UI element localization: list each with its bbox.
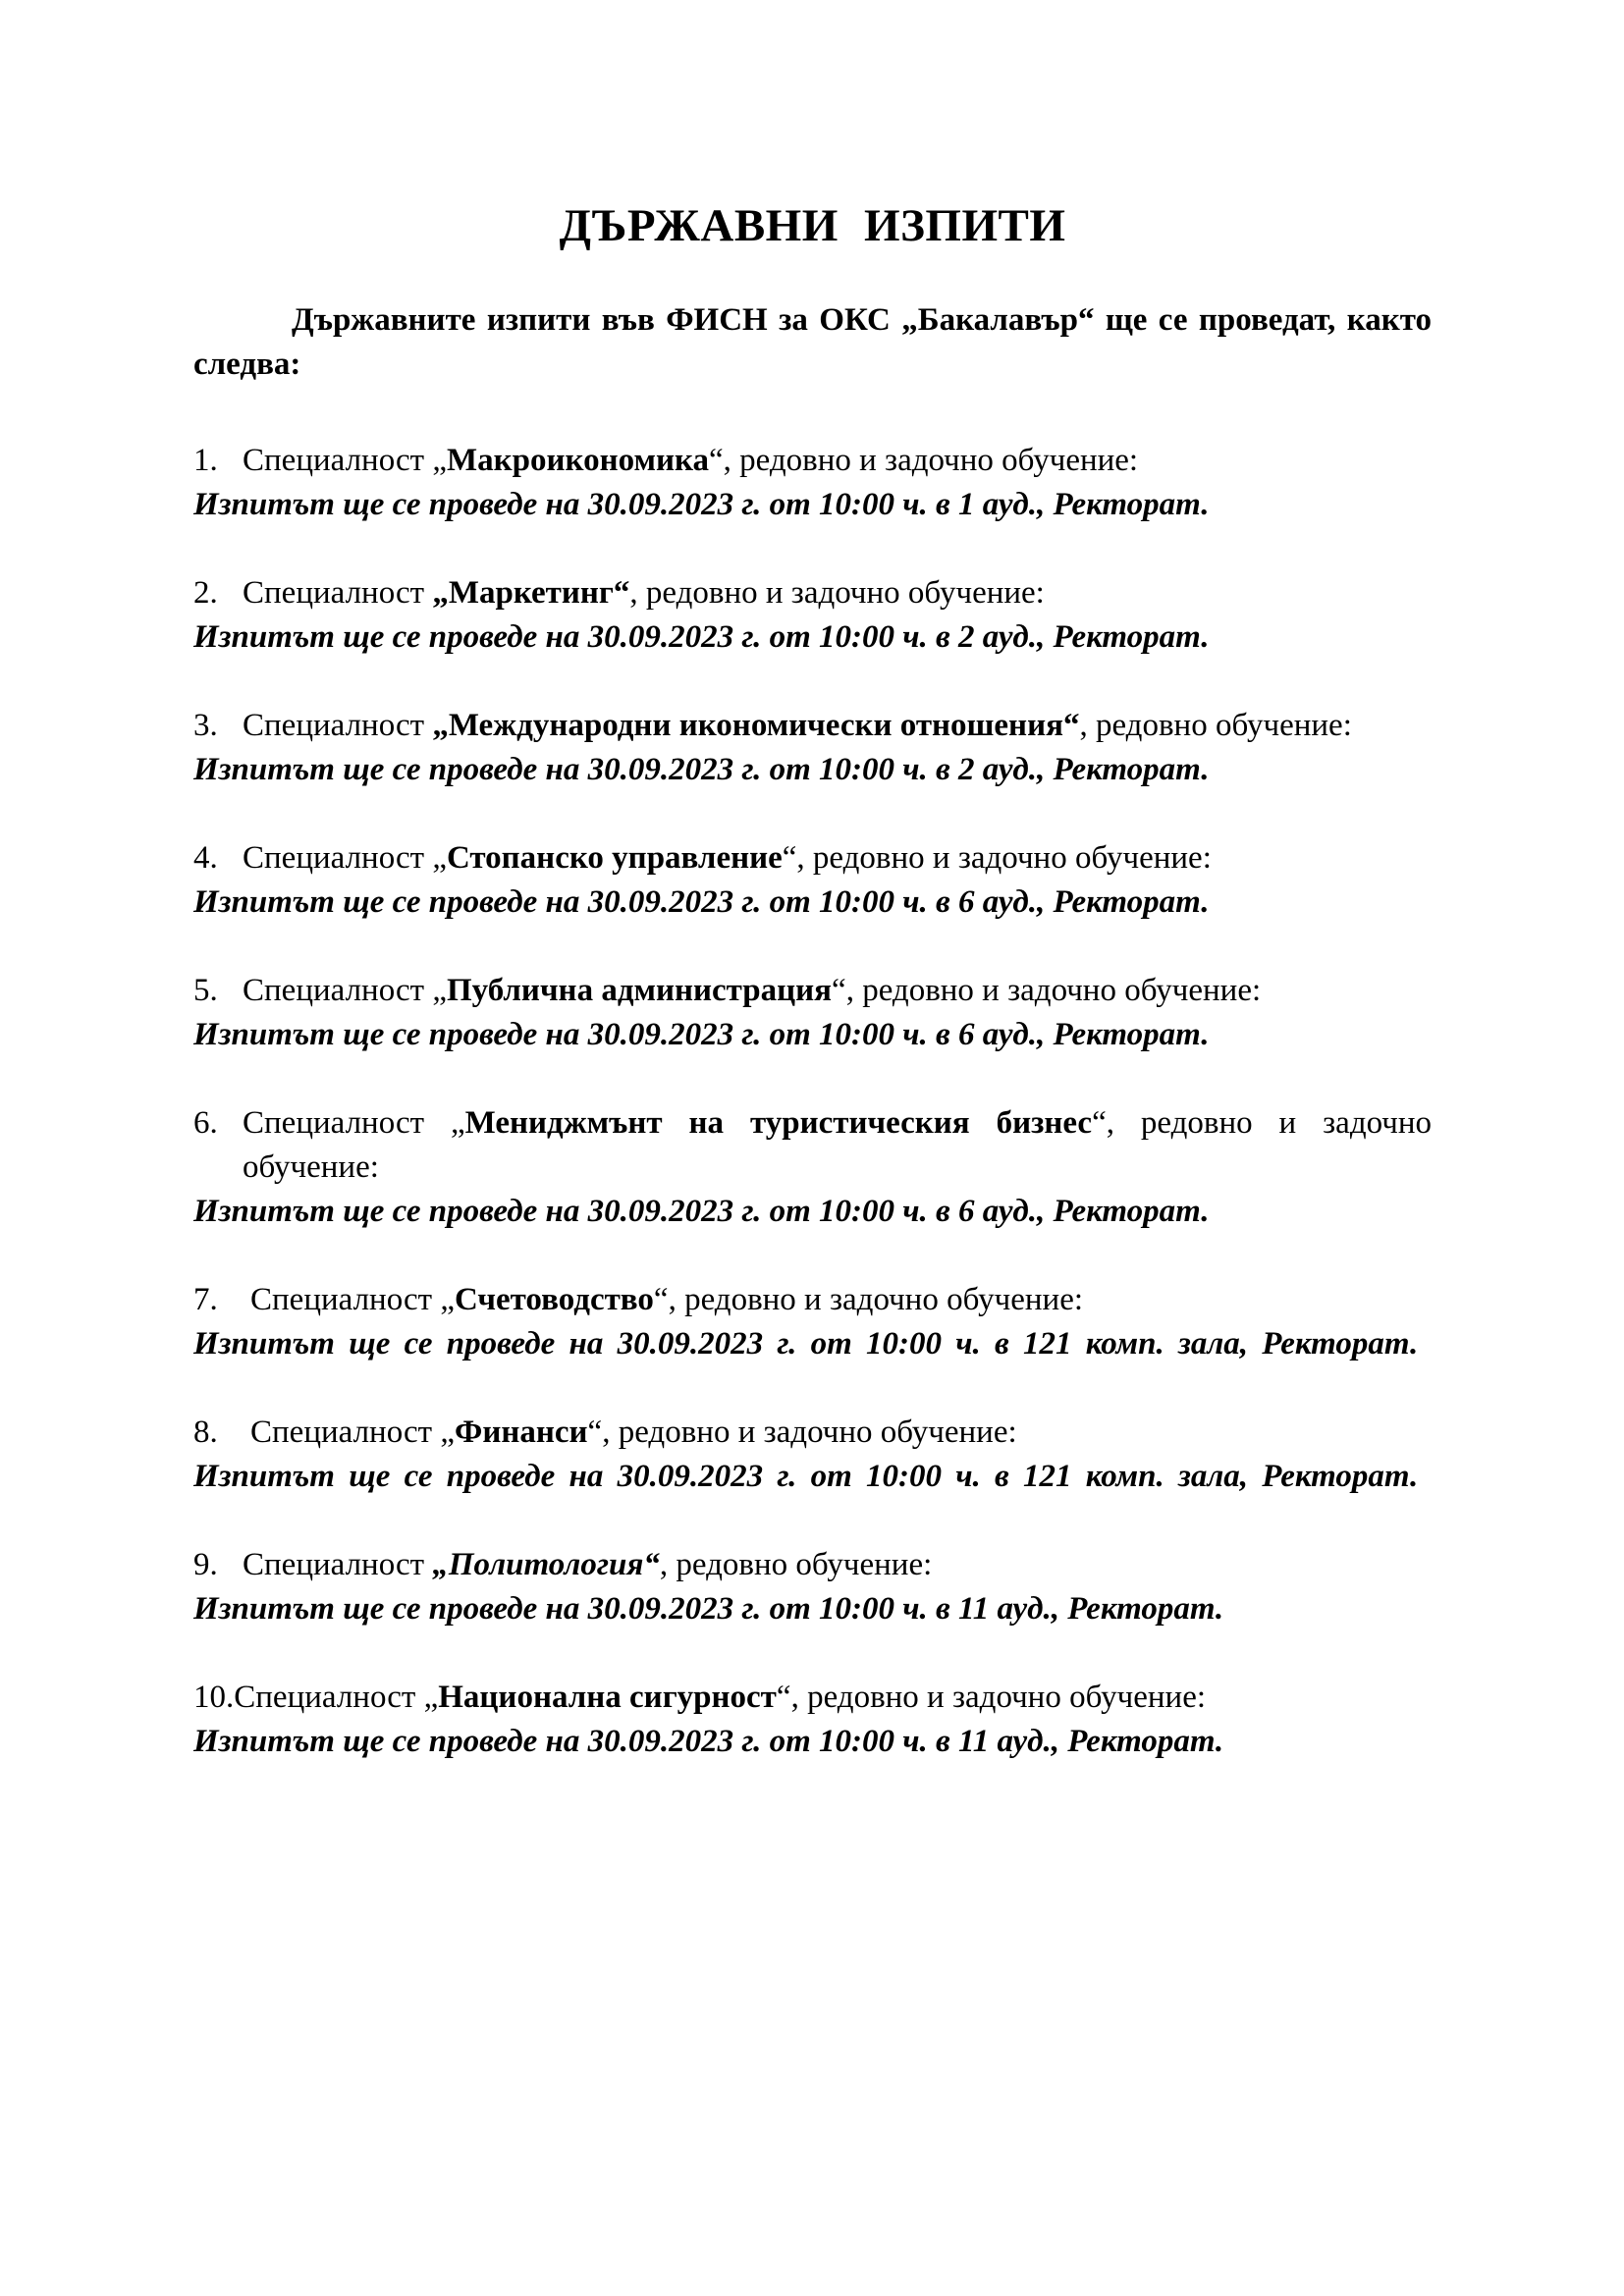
item-number: 6.: [193, 1101, 243, 1146]
specialty-name: Макроикономика: [447, 443, 709, 478]
exam-list-item: 3.Специалност „Международни икономически…: [193, 704, 1432, 792]
open-quote: „: [440, 1282, 455, 1317]
exam-schedule: Изпитът ще се проведе на 30.09.2023 г. о…: [193, 1013, 1432, 1057]
exam-list-item: 5.Специалност „Публична администрация“, …: [193, 969, 1432, 1057]
exam-list-item: 10.Специалност „Национална сигурност“, р…: [193, 1676, 1432, 1764]
specialty-line: 8.Специалност „Финанси“, редовно и задоч…: [193, 1411, 1432, 1455]
specialty-name: Финанси: [455, 1415, 588, 1450]
specialty-name: Маркетинг: [449, 575, 614, 611]
specialty-label: Специалност: [243, 575, 424, 611]
exam-schedule: Изпитът ще се проведе на 30.09.2023 г. о…: [193, 615, 1432, 660]
study-mode: , редовно и задочно обучение:: [602, 1415, 1016, 1450]
specialty-label: Специалност: [250, 1415, 432, 1450]
study-mode: , редовно и задочно обучение:: [629, 575, 1044, 611]
close-quote: “: [777, 1680, 791, 1715]
exam-schedule: Изпитът ще се проведе на 30.09.2023 г. о…: [193, 881, 1432, 925]
exam-list-item: 6.Специалност „Мениджмънт на туристическ…: [193, 1101, 1432, 1234]
open-quote: „: [440, 1415, 455, 1450]
specialty-line: 6.Специалност „Мениджмънт на туристическ…: [193, 1101, 1432, 1190]
specialty-name: Мениджмънт на туристическия бизнес: [465, 1105, 1092, 1141]
specialty-line: 1.Специалност „Макроикономика“, редовно …: [193, 439, 1432, 483]
page-title: ДЪРЖАВНИ ИЗПИТИ: [193, 196, 1432, 255]
specialty-name: Публична администрация: [447, 973, 832, 1008]
specialty-name: Международни икономически отношения: [449, 708, 1063, 743]
exam-schedule: Изпитът ще се проведе на 30.09.2023 г. о…: [193, 748, 1432, 792]
specialty-name: Счетоводство: [455, 1282, 654, 1317]
specialty-label: Специалност: [243, 1105, 424, 1141]
specialty-line: 3.Специалност „Международни икономически…: [193, 704, 1432, 748]
close-quote: “: [654, 1282, 669, 1317]
exam-list-item: 9.Специалност „Политология“, редовно обу…: [193, 1543, 1432, 1631]
open-quote: „: [432, 973, 447, 1008]
exam-list: 1.Специалност „Макроикономика“, редовно …: [193, 439, 1432, 1808]
exam-schedule: Изпитът ще се проведе на 30.09.2023 г. о…: [193, 1720, 1432, 1764]
specialty-label: Специалност: [243, 973, 424, 1008]
item-number: 1.: [193, 439, 243, 483]
study-mode: , редовно обучение:: [660, 1547, 932, 1582]
close-quote: “: [1063, 708, 1080, 743]
item-number: 3.: [193, 704, 243, 748]
specialty-name: Стопанско управление: [447, 840, 783, 876]
open-quote: „: [432, 1547, 449, 1582]
study-mode: , редовно и задочно обучение:: [791, 1680, 1206, 1715]
close-quote: “: [1092, 1105, 1107, 1141]
exam-list-item: 4.Специалност „Стопанско управление“, ре…: [193, 836, 1432, 925]
specialty-label: Специалност: [243, 840, 424, 876]
study-mode: , редовно и задочно обучение:: [669, 1282, 1083, 1317]
item-number: 9.: [193, 1543, 243, 1587]
study-mode: , редовно обучение:: [1079, 708, 1351, 743]
specialty-line: 4.Специалност „Стопанско управление“, ре…: [193, 836, 1432, 881]
specialty-label: Специалност: [243, 708, 424, 743]
intro-paragraph: Държавните изпити във ФИСН за ОКС „Бакал…: [193, 298, 1432, 387]
item-number: 5.: [193, 969, 243, 1013]
specialty-line: 9.Специалност „Политология“, редовно обу…: [193, 1543, 1432, 1587]
specialty-label: Специалност: [243, 1547, 424, 1582]
exam-schedule: Изпитът ще се проведе на 30.09.2023 г. о…: [193, 1190, 1432, 1234]
close-quote: “: [832, 973, 846, 1008]
open-quote: „: [432, 840, 447, 876]
exam-schedule: Изпитът ще се проведе на 30.09.2023 г. о…: [193, 1322, 1432, 1366]
open-quote: „: [424, 1680, 439, 1715]
specialty-label: Специалност: [243, 443, 424, 478]
item-number: 2.: [193, 571, 243, 615]
specialty-name: Национална сигурност: [438, 1680, 777, 1715]
close-quote: “: [783, 840, 797, 876]
specialty-label: Специалност: [250, 1282, 432, 1317]
exam-schedule: Изпитът ще се проведе на 30.09.2023 г. о…: [193, 1587, 1432, 1631]
close-quote: “: [709, 443, 724, 478]
study-mode: , редовно и задочно обучение:: [846, 973, 1261, 1008]
exam-list-item: 2.Специалност „Маркетинг“, редовно и зад…: [193, 571, 1432, 660]
item-number: 4.: [193, 836, 243, 881]
item-number: 8.: [193, 1411, 250, 1455]
exam-list-item: 7.Специалност „Счетоводство“, редовно и …: [193, 1278, 1432, 1366]
exam-list-item: 1.Специалност „Макроикономика“, редовно …: [193, 439, 1432, 527]
specialty-line: 7.Специалност „Счетоводство“, редовно и …: [193, 1278, 1432, 1322]
exam-schedule: Изпитът ще се проведе на 30.09.2023 г. о…: [193, 483, 1432, 527]
study-mode: , редовно и задочно обучение:: [796, 840, 1211, 876]
specialty-line: 5.Специалност „Публична администрация“, …: [193, 969, 1432, 1013]
exam-schedule: Изпитът ще се проведе на 30.09.2023 г. о…: [193, 1455, 1432, 1499]
close-quote: “: [614, 575, 630, 611]
specialty-line: 2.Специалност „Маркетинг“, редовно и зад…: [193, 571, 1432, 615]
close-quote: “: [588, 1415, 603, 1450]
specialty-name: Политология: [449, 1547, 644, 1582]
specialty-line: 10.Специалност „Национална сигурност“, р…: [193, 1676, 1432, 1720]
open-quote: „: [432, 575, 449, 611]
open-quote: „: [432, 443, 447, 478]
study-mode: , редовно и задочно обучение:: [724, 443, 1138, 478]
exam-list-item: 8.Специалност „Финанси“, редовно и задоч…: [193, 1411, 1432, 1499]
open-quote: „: [451, 1105, 465, 1141]
specialty-label: Специалност: [234, 1680, 415, 1715]
close-quote: “: [643, 1547, 660, 1582]
open-quote: „: [432, 708, 449, 743]
item-number: 7.: [193, 1278, 250, 1322]
item-number: 10.: [193, 1676, 234, 1720]
